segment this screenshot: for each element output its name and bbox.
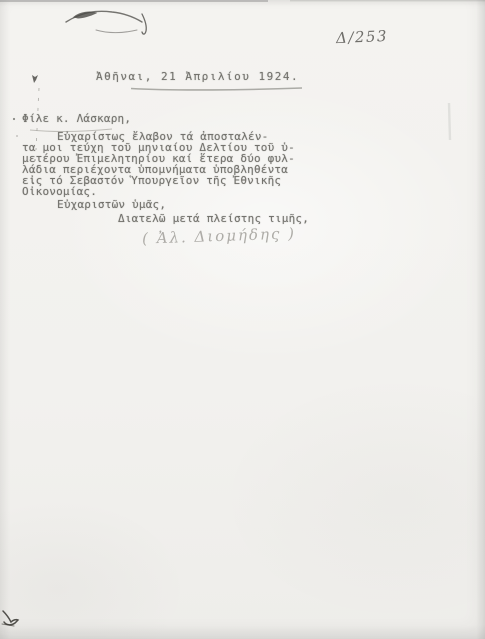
reference-number: Δ/253 (336, 27, 389, 47)
body-line-6: Οἰκονομίας. (22, 186, 322, 197)
date-underline (131, 88, 302, 90)
pen-flourish (66, 11, 146, 34)
scan-edge-shadow (0, 0, 268, 2)
salutation: Φίλε κ. Λάσκαρη, (22, 113, 131, 124)
scanned-letter-page: Δ/253 Ἀθῆναι, 21 Ἀπριλίου 1924. Φίλε κ. … (0, 0, 485, 639)
corner-ink-mark (2, 611, 18, 626)
scan-edge-shadow (290, 0, 485, 1)
handwriting-marks-layer (0, 0, 485, 639)
closing-line: Διατελῶ μετά πλείστης τιμῆς, (118, 213, 309, 224)
dateline: Ἀθῆναι, 21 Ἀπριλίου 1924. (96, 71, 299, 82)
crease-mark (449, 103, 450, 140)
letter-body: Εὐχαρίστως ἔλαβον τά ἀποσταλέν- τα μοι τ… (22, 131, 322, 197)
acknowledgement-line: Εὐχαριστῶν ὑμᾶς, (57, 199, 166, 210)
